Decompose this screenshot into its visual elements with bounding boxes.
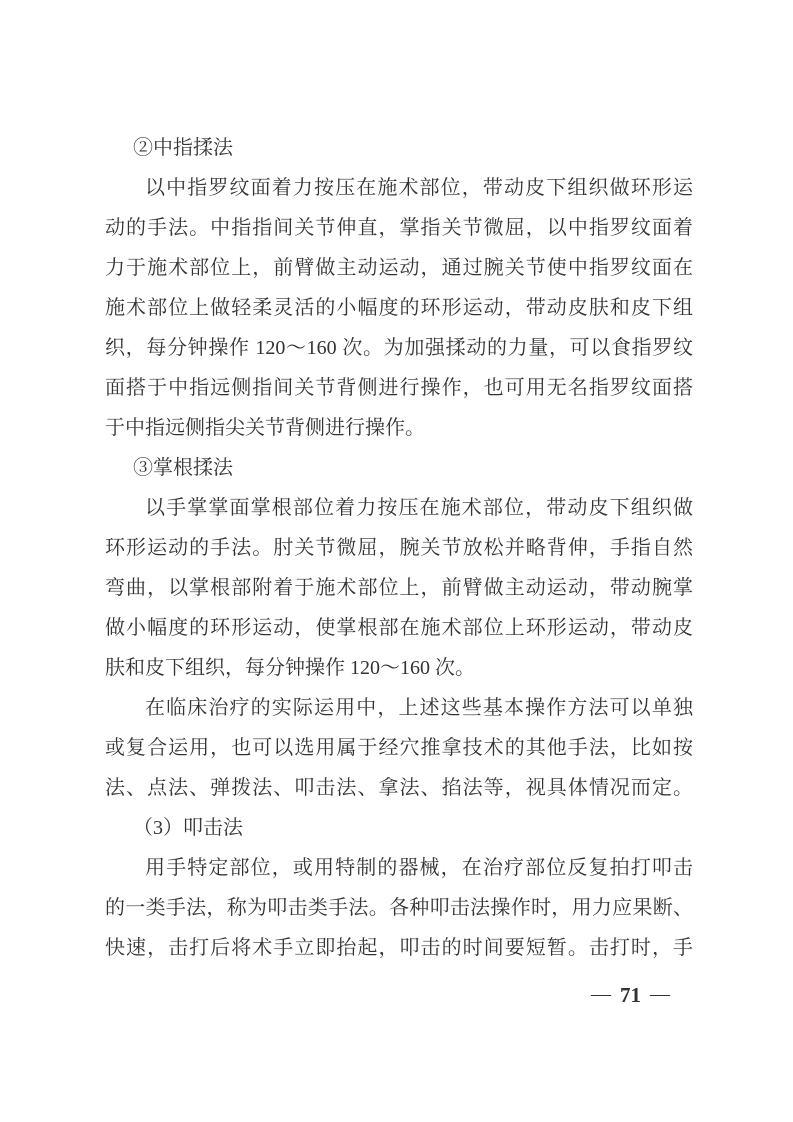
paragraph: 用手特定部位，或用特制的器械，在治疗部位反复拍打叩击的一类手法，称为叩击类手法。…: [105, 848, 693, 968]
text-line: 的一类手法，称为叩击类手法。各种叩击法操作时，用力应果断、: [105, 888, 693, 928]
document-page: ②中指揉法以中指罗纹面着力按压在施术部位，带动皮下组织做环形运动的手法。中指指间…: [0, 0, 793, 1122]
text-line: 力于施术部位上，前臂做主动运动，通过腕关节使中指罗纹面在: [105, 248, 693, 288]
text-line: 以手掌掌面掌根部位着力按压在施术部位，带动皮下组织做: [105, 488, 693, 528]
page-number-dash-right: —: [650, 983, 670, 1005]
text-line: 施术部位上做轻柔灵活的小幅度的环形运动，带动皮肤和皮下组: [105, 288, 693, 328]
text-line: 用手特定部位，或用特制的器械，在治疗部位反复拍打叩击: [105, 848, 693, 888]
page-number: —71—: [591, 983, 670, 1008]
text-line: 或复合运用，也可以选用属于经穴推拿技术的其他手法，比如按: [105, 728, 693, 768]
text-line: 弯曲，以掌根部附着于施术部位上，前臂做主动运动，带动腕掌: [105, 568, 693, 608]
paragraph: 以中指罗纹面着力按压在施术部位，带动皮下组织做环形运动的手法。中指指间关节伸直，…: [105, 168, 693, 448]
text-line: ②中指揉法: [105, 128, 693, 168]
paragraph: 在临床治疗的实际运用中，上述这些基本操作方法可以单独或复合运用，也可以选用属于经…: [105, 688, 693, 808]
text-line: 法、点法、弹拨法、叩击法、拿法、掐法等，视具体情况而定。: [105, 768, 693, 808]
text-line: 肤和皮下组织，每分钟操作 120～160 次。: [105, 648, 693, 688]
paragraph: 以手掌掌面掌根部位着力按压在施术部位，带动皮下组织做环形运动的手法。肘关节微屈，…: [105, 488, 693, 688]
text-line: 快速，击打后将术手立即抬起，叩击的时间要短暂。击打时，手: [105, 928, 693, 968]
text-line: 以中指罗纹面着力按压在施术部位，带动皮下组织做环形运: [105, 168, 693, 208]
text-line: 做小幅度的环形运动，使掌根部在施术部位上环形运动，带动皮: [105, 608, 693, 648]
text-line: ③掌根揉法: [105, 448, 693, 488]
page-number-dash-left: —: [591, 983, 611, 1005]
text-line: 动的手法。中指指间关节伸直，掌指关节微屈，以中指罗纹面着: [105, 208, 693, 248]
text-line: 在临床治疗的实际运用中，上述这些基本操作方法可以单独: [105, 688, 693, 728]
text-line: 环形运动的手法。肘关节微屈，腕关节放松并略背伸，手指自然: [105, 528, 693, 568]
text-line: （3）叩击法: [105, 808, 693, 848]
heading: ③掌根揉法: [105, 448, 693, 488]
heading: ②中指揉法: [105, 128, 693, 168]
text-line: 于中指远侧指尖关节背侧进行操作。: [105, 408, 693, 448]
text-line: 面搭于中指远侧指间关节背侧进行操作，也可用无名指罗纹面搭: [105, 368, 693, 408]
text-content: ②中指揉法以中指罗纹面着力按压在施术部位，带动皮下组织做环形运动的手法。中指指间…: [105, 128, 693, 968]
page-number-value: 71: [620, 983, 641, 1007]
text-line: 织，每分钟操作 120～160 次。为加强揉动的力量，可以食指罗纹: [105, 328, 693, 368]
heading: （3）叩击法: [105, 808, 693, 848]
